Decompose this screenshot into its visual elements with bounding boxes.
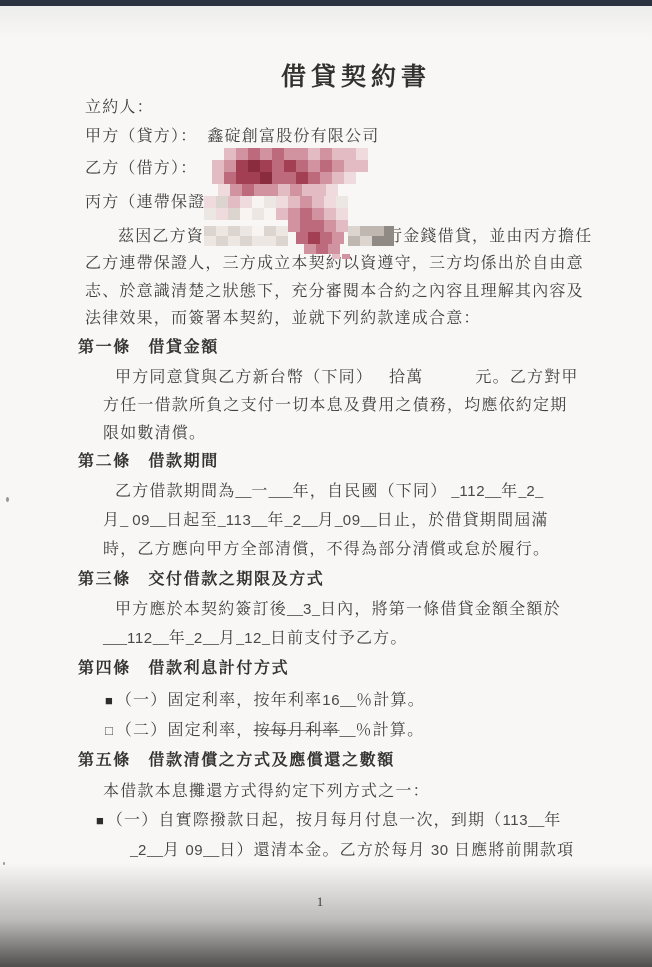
scan-speck xyxy=(6,497,9,502)
scanner-edge-band xyxy=(0,0,652,6)
doc-line: □（二）固定利率，按每月利率__％計算。 xyxy=(105,720,424,742)
doc-line: 第四條 借款利息計付方式 xyxy=(78,658,289,680)
doc-line: 第一條 借貸金額 xyxy=(78,337,219,359)
scan-top-wash xyxy=(0,6,652,40)
doc-line: 第三條 交付借款之期限及方式 xyxy=(78,569,324,591)
doc-line: 限如數清償。 xyxy=(103,423,206,445)
doc-line: 時，乙方應向甲方全部清償，不得為部分清償或怠於履行。 xyxy=(103,539,550,561)
doc-line: 甲方應於本契約簽訂後__3_日內，將第一條借貸金額全額於 xyxy=(115,599,561,621)
doc-line: 方任一借款所負之支付一切本息及費用之債務，均應依約定期 xyxy=(103,395,567,417)
doc-line: ___112__年_2__月_12_日前支付予乙方。 xyxy=(103,628,408,650)
doc-line: 第二條 借款期間 xyxy=(78,451,219,473)
scan-bottom-shadow xyxy=(0,863,652,967)
redaction-blur xyxy=(200,144,400,264)
doc-line: ■（一）固定利率，按年利率16__％計算。 xyxy=(105,690,425,712)
doc-line: 甲方同意貸與乙方新台幣（下同）拾萬元。乙方對甲 xyxy=(115,367,579,389)
doc-line: ■（一）自實際撥款日起，按月每月付息一次，到期（113__年 xyxy=(96,810,561,832)
doc-line: 丙方（連帶保證 xyxy=(85,192,205,214)
doc-line: 本借款本息攤還方式得約定下列方式之一： xyxy=(103,781,430,803)
doc-line: 月_ 09__日起至_113__年_2__月_09__日止，於借貸期間屆滿 xyxy=(103,510,549,532)
page-title: 借貸契約書 xyxy=(60,57,652,93)
doc-line: 立約人： xyxy=(85,97,154,119)
doc-line: _2__月 09__日）還清本金。乙方於每月 30 日應將前開款項 xyxy=(130,840,574,862)
doc-line: 志、於意識清楚之狀態下，充分審閱本合約之內容且理解其內容及 xyxy=(85,281,584,303)
page-number: 1 xyxy=(0,894,640,910)
doc-line: 法律效果，而簽署本契約，並就下列約款達成合意： xyxy=(85,308,481,330)
doc-line: 乙方（借方）： xyxy=(85,158,197,180)
doc-line: 乙方借款期間為__一___年，自民國（下同） _112__年_2_ xyxy=(115,481,543,503)
scanned-contract-page: 借貸契約書 立約人：甲方（貸方）：鑫碇創富股份有限公司乙方（借方）：丙方（連帶保… xyxy=(0,0,652,967)
doc-line: 第五條 借款清償之方式及應償還之數額 xyxy=(78,750,395,772)
